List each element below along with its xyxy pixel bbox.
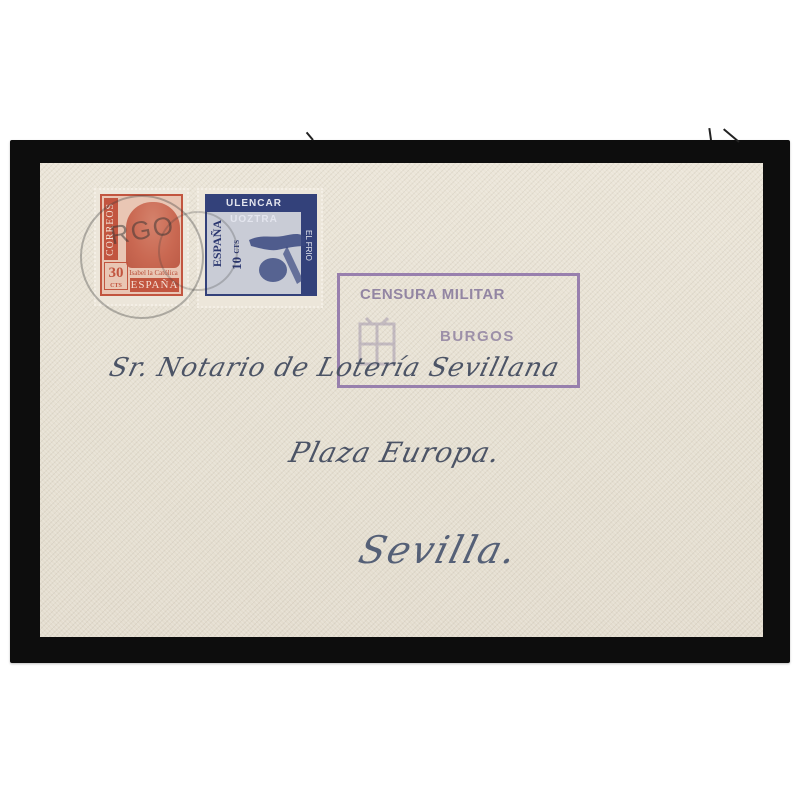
reaching-figure-icon [247, 224, 307, 290]
paper-fiber [306, 132, 314, 141]
censor-line-2: BURGOS [440, 328, 515, 345]
censor-line-1: CENSURA MILITAR [360, 286, 505, 303]
address-line-3: Sevilla. [355, 528, 523, 572]
envelope-face: CORREOS Isabel la Católica 30CTS ESPAÑA … [40, 163, 763, 637]
paper-fiber [723, 128, 740, 142]
paper-fiber [708, 128, 712, 140]
stamp-top-text: ULENCAR UOZTRA [207, 196, 301, 212]
mourning-envelope: CORREOS Isabel la Católica 30CTS ESPAÑA … [10, 140, 790, 663]
address-line-2: Plaza Europa. [286, 436, 504, 469]
address-line-1: Sr. Notario de Lotería Sevillana [106, 353, 563, 383]
